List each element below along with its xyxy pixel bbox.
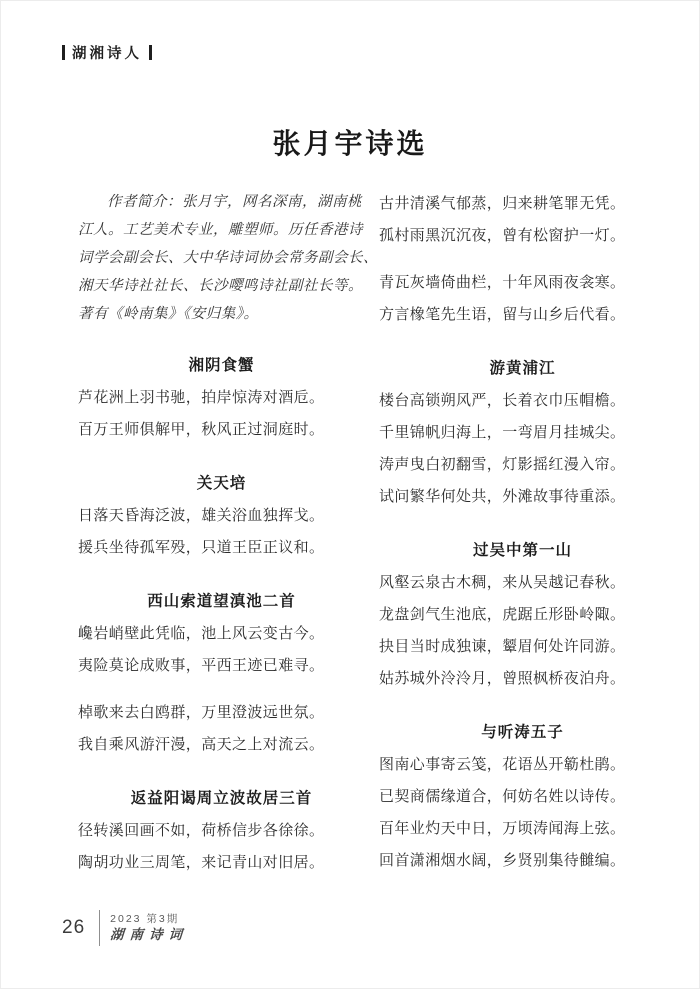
poem-title: 湘阴食蟹	[78, 350, 365, 382]
section-header: 湖湘诗人	[62, 42, 152, 63]
intro-line: 江人。工艺美术专业，雕塑师。历任香港诗	[78, 216, 365, 244]
poem-wuzhong-diyishan: 过吴中第一山 风壑云泉古木稠，来从吴越记春秋。 龙盘剑气生池底，虎踞丘形卧岭陬。…	[379, 535, 666, 695]
poem-line: 日落天昏海泛波，雄关浴血独挥戈。	[78, 500, 365, 532]
poem-fanyiyang: 返益阳谒周立波故居三首 径转溪回画不如，荷桥信步各徐徐。 陶胡功业三周笔，来记青…	[78, 783, 365, 879]
poem-title: 过吴中第一山	[379, 535, 666, 567]
poem-title: 与听涛五子	[379, 717, 666, 749]
intro-line: 湘天华诗社社长、长沙嘤鸣诗社副社长等。	[78, 272, 365, 300]
poem-title: 关天培	[78, 468, 365, 500]
poem-line: 芦花洲上羽书驰，拍岸惊涛对酒卮。	[78, 382, 365, 414]
poem-line: 径转溪回画不如，荷桥信步各徐徐。	[78, 815, 365, 847]
poem-line: 巉岩峭壁此凭临，池上风云变古今。	[78, 618, 365, 650]
poem-line: 抉目当时成独谏，颦眉何处许同游。	[379, 631, 666, 663]
footer-journal-name: 湖南诗词	[110, 926, 189, 944]
poem-xishan-suodao: 西山索道望滇池二首 巉岩峭壁此凭临，池上风云变古今。 夷险莫论成败事，平西王迹已…	[78, 586, 365, 761]
poem-title: 游黄浦江	[379, 353, 666, 385]
poem-yutingtao-wuzi: 与听涛五子 图南心事寄云笺，花语丛开簕杜鹃。 已契商儒缘道合，何妨名姓以诗传。 …	[379, 717, 666, 877]
magazine-page: 湖湘诗人 张月宇诗选 作者简介：张月宇，网名深南，湖南桃 江人。工艺美术专业，雕…	[0, 0, 700, 989]
intro-line: 作者简介：张月宇，网名深南，湖南桃	[78, 188, 365, 216]
left-column: 作者简介：张月宇，网名深南，湖南桃 江人。工艺美术专业，雕塑师。历任香港诗 词学…	[78, 188, 365, 879]
poem-line: 图南心事寄云笺，花语丛开簕杜鹃。	[379, 749, 666, 781]
text-columns: 作者简介：张月宇，网名深南，湖南桃 江人。工艺美术专业，雕塑师。历任香港诗 词学…	[78, 188, 666, 879]
right-column: 古井清溪气郁蒸，归来耕笔罪无凭。 孤村雨黑沉沉夜，曾有松窗护一灯。 青瓦灰墙倚曲…	[379, 188, 666, 879]
poem-line: 陶胡功业三周笔，来记青山对旧居。	[78, 847, 365, 879]
poem-title: 西山索道望滇池二首	[78, 586, 365, 618]
poem-line: 已契商儒缘道合，何妨名姓以诗传。	[379, 781, 666, 813]
author-intro: 作者简介：张月宇，网名深南，湖南桃 江人。工艺美术专业，雕塑师。历任香港诗 词学…	[78, 188, 365, 328]
poem-line: 我自乘风游汗漫，高天之上对流云。	[78, 729, 365, 761]
footer-page-number: 26	[62, 917, 85, 939]
poem-line: 回首潇湘烟水阔，乡贤别集待雠编。	[379, 845, 666, 877]
poem-line: 风壑云泉古木稠，来从吴越记春秋。	[379, 567, 666, 599]
poem-line: 涛声曳白初翻雪，灯影摇红漫入帘。	[379, 449, 666, 481]
page-footer: 26 2023 第3期 湖南诗词	[62, 910, 188, 946]
poem-title: 返益阳谒周立波故居三首	[78, 783, 365, 815]
intro-line: 词学会副会长、大中华诗词协会常务副会长、	[78, 244, 365, 272]
poem-line: 方言橡笔先生语，留与山乡后代看。	[379, 299, 666, 331]
poem-line: 试问繁华何处共，外滩故事待重添。	[379, 481, 666, 513]
poem-line: 姑苏城外泠泠月，曾照枫桥夜泊舟。	[379, 663, 666, 695]
poem-huangpujiang: 游黄浦江 楼台高锁朔风严，长着衣巾压帽檐。 千里锦帆归海上，一弯眉月挂城尖。 涛…	[379, 353, 666, 513]
poem-line: 援兵坐待孤军殁，只道王臣正议和。	[78, 532, 365, 564]
poem-line: 棹歌来去白鸥群，万里澄波远世氛。	[78, 697, 365, 729]
poem-line: 古井清溪气郁蒸，归来耕笔罪无凭。	[379, 188, 666, 220]
footer-year-issue: 2023 第3期	[110, 912, 188, 926]
poem-line: 百万王师俱解甲，秋风正过洞庭时。	[78, 414, 365, 446]
header-bar-left	[62, 45, 65, 60]
footer-divider	[99, 910, 100, 946]
poem-line: 百年业灼天中日，万顷涛闻海上弦。	[379, 813, 666, 845]
poem-line: 青瓦灰墙倚曲栏，十年风雨夜衾寒。	[379, 267, 666, 299]
poem-line: 孤村雨黑沉沉夜，曾有松窗护一灯。	[379, 220, 666, 252]
footer-issue-block: 2023 第3期 湖南诗词	[110, 912, 188, 944]
poem-fanyiyang-continuation: 古井清溪气郁蒸，归来耕笔罪无凭。 孤村雨黑沉沉夜，曾有松窗护一灯。 青瓦灰墙倚曲…	[379, 188, 666, 331]
poem-line: 楼台高锁朔风严，长着衣巾压帽檐。	[379, 385, 666, 417]
poem-line: 龙盘剑气生池底，虎踞丘形卧岭陬。	[379, 599, 666, 631]
poem-line: 千里锦帆归海上，一弯眉月挂城尖。	[379, 417, 666, 449]
intro-line: 著有《岭南集》《安归集》。	[78, 300, 365, 328]
page-title: 张月宇诗选	[0, 122, 700, 162]
poem-line: 夷险莫论成败事，平西王迹已难寻。	[78, 650, 365, 682]
section-header-label: 湖湘诗人	[72, 42, 142, 63]
header-bar-right	[149, 45, 152, 60]
poem-guantianpei: 关天培 日落天昏海泛波，雄关浴血独挥戈。 援兵坐待孤军殁，只道王臣正议和。	[78, 468, 365, 564]
poem-xiangyin-shixie: 湘阴食蟹 芦花洲上羽书驰，拍岸惊涛对酒卮。 百万王师俱解甲，秋风正过洞庭时。	[78, 350, 365, 446]
